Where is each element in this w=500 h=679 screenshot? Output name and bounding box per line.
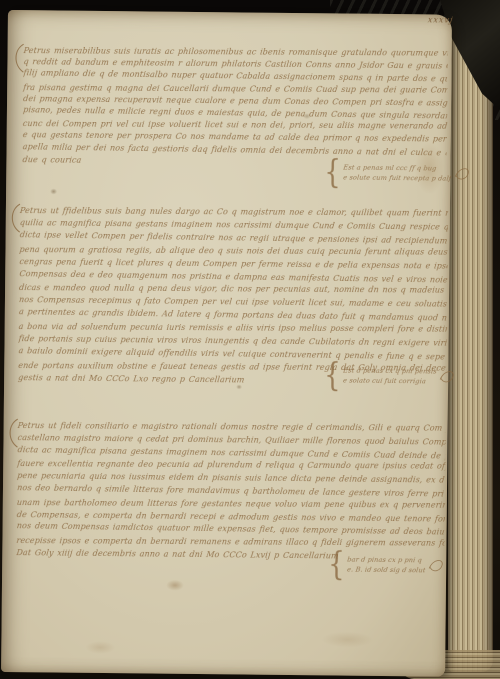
- manuscript-line: a bona via ad soluendum pecunia iuris re…: [18, 322, 447, 336]
- note-brace: {: [324, 362, 341, 390]
- note-brace: {: [324, 159, 341, 187]
- note-flourish: [427, 556, 445, 574]
- manuscript-line: pena quorum a gratiosa regiis, ab alique…: [19, 245, 448, 259]
- book-fore-edge-pages: [448, 8, 493, 672]
- marginal-note: {Est d penas cx q pni pensise solato cui…: [324, 364, 456, 387]
- manuscript-photo: xxxvj Petrus miserabilibus suis iuratis …: [0, 0, 500, 679]
- note-line: e. B. id sold sig d solut: [346, 565, 426, 576]
- note-line: e solute cum fuit recepta p dalf: [342, 173, 451, 184]
- manuscript-dating-line: gestis a nat dni Mo CCCo Lxo regno p Can…: [18, 373, 319, 387]
- manuscript-line: Petrus ut ffidelibus suis bang nules dar…: [19, 206, 448, 220]
- manuscript-line: Petrus ut fideli consiliario e magistro …: [17, 421, 446, 435]
- note-brace: {: [328, 551, 345, 579]
- manuscript-text-layer: Petrus miserabilibus suis iuratis ac phi…: [1, 10, 452, 677]
- note-flourish: [453, 165, 471, 183]
- note-line: e solato cui fuit corrigia: [342, 376, 437, 387]
- note-flourish: [438, 368, 456, 386]
- marginal-note: {Est a penas ml ccc ff q buge solute cum…: [324, 161, 471, 185]
- manuscript-dating-line: due q courica: [22, 155, 93, 167]
- manuscript-page: xxxvj Petrus miserabilibus suis iuratis …: [1, 10, 452, 677]
- manuscript-dating-line: Dat Goly xiiij die decembris anno a nat …: [16, 548, 347, 562]
- manuscript-line: unam ipse bartholomeo deum litteras fore…: [16, 498, 445, 512]
- marginal-note: {bar d pinas cx p pni qe. B. id sold sig…: [328, 553, 445, 576]
